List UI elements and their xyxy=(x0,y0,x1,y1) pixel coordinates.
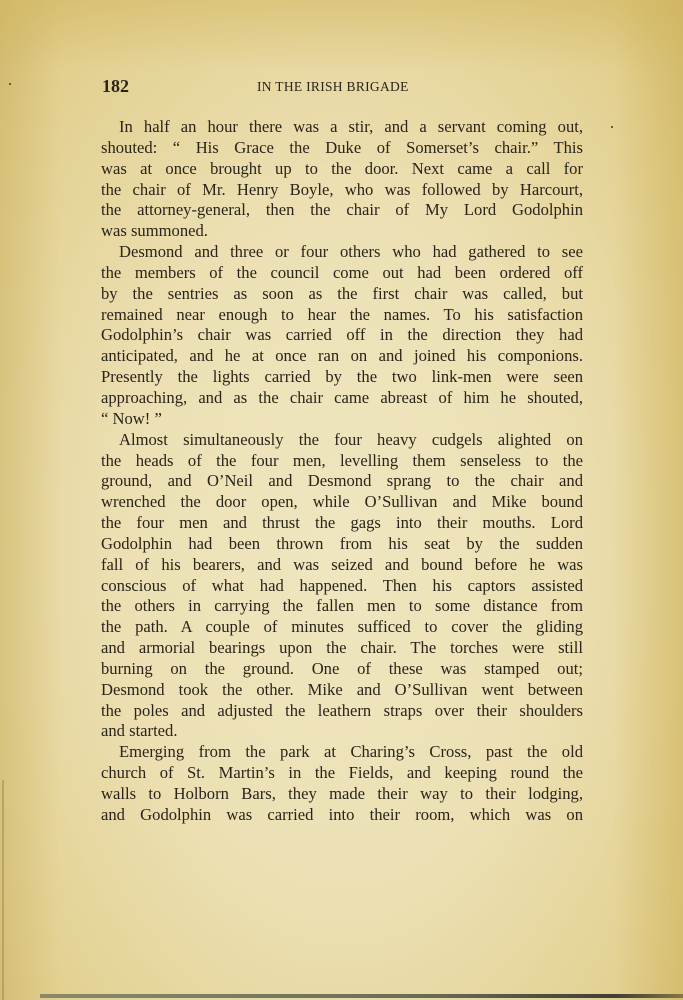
paper-speck xyxy=(9,83,11,85)
text-line: church of St. Martin’s in the Fields, an… xyxy=(101,763,583,784)
text-line: Godolphin had been thrown from his seat … xyxy=(101,534,583,555)
running-head: 182 IN THE IRISH BRIGADE xyxy=(102,76,582,102)
text-line: anticipated, and he at once ran on and j… xyxy=(101,346,583,367)
text-line: and started. xyxy=(101,721,583,742)
text-line: ground, and O’Neil and Desmond sprang to… xyxy=(101,471,583,492)
text-line: wrenched the door open, while O’Sullivan… xyxy=(101,492,583,513)
text-line: the attorney-general, then the chair of … xyxy=(101,200,583,221)
text-line: and armorial bearings upon the chair. Th… xyxy=(101,638,583,659)
page-top-shading xyxy=(0,0,683,70)
page-bottom-edge xyxy=(40,994,683,998)
text-line: walls to Holborn Bars, they made their w… xyxy=(101,784,583,805)
page-left-edge xyxy=(2,780,4,1000)
paper-speck xyxy=(611,126,613,128)
text-line: burning on the ground. One of these was … xyxy=(101,659,583,680)
text-line: the heads of the four men, levelling the… xyxy=(101,451,583,472)
text-line: “ Now! ” xyxy=(101,409,583,430)
text-line: approaching, and as the chair came abrea… xyxy=(101,388,583,409)
text-line: Almost simultaneously the four heavy cud… xyxy=(101,430,583,451)
text-line: and Godolphin was carried into their roo… xyxy=(101,805,583,826)
text-line: the path. A couple of minutes sufficed t… xyxy=(101,617,583,638)
book-page: 182 IN THE IRISH BRIGADE In half an hour… xyxy=(0,0,683,1000)
page-number: 182 xyxy=(102,76,129,97)
text-line: Desmond and three or four others who had… xyxy=(101,242,583,263)
text-line: the members of the council come out had … xyxy=(101,263,583,284)
text-line: by the sentries as soon as the first cha… xyxy=(101,284,583,305)
text-line: Emerging from the park at Charing’s Cros… xyxy=(101,742,583,763)
text-line: conscious of what had happened. Then his… xyxy=(101,576,583,597)
body-text: In half an hour there was a stir, and a … xyxy=(101,117,583,826)
text-line: the poles and adjusted the leathern stra… xyxy=(101,701,583,722)
text-line: shouted: “ His Grace the Duke of Somerse… xyxy=(101,138,583,159)
text-line: the four men and thrust the gags into th… xyxy=(101,513,583,534)
text-line: In half an hour there was a stir, and a … xyxy=(101,117,583,138)
running-title: IN THE IRISH BRIGADE xyxy=(257,79,409,95)
text-line: fall of his bearers, and was seized and … xyxy=(101,555,583,576)
text-line: Desmond took the other. Mike and O’Sulli… xyxy=(101,680,583,701)
text-line: was at once brought up to the door. Next… xyxy=(101,159,583,180)
text-line: the chair of Mr. Henry Boyle, who was fo… xyxy=(101,180,583,201)
text-line: was summoned. xyxy=(101,221,583,242)
text-line: Godolphin’s chair was carried off in the… xyxy=(101,325,583,346)
text-line: Presently the lights carried by the two … xyxy=(101,367,583,388)
text-line: the others in carrying the fallen men to… xyxy=(101,596,583,617)
text-line: remained near enough to hear the names. … xyxy=(101,305,583,326)
